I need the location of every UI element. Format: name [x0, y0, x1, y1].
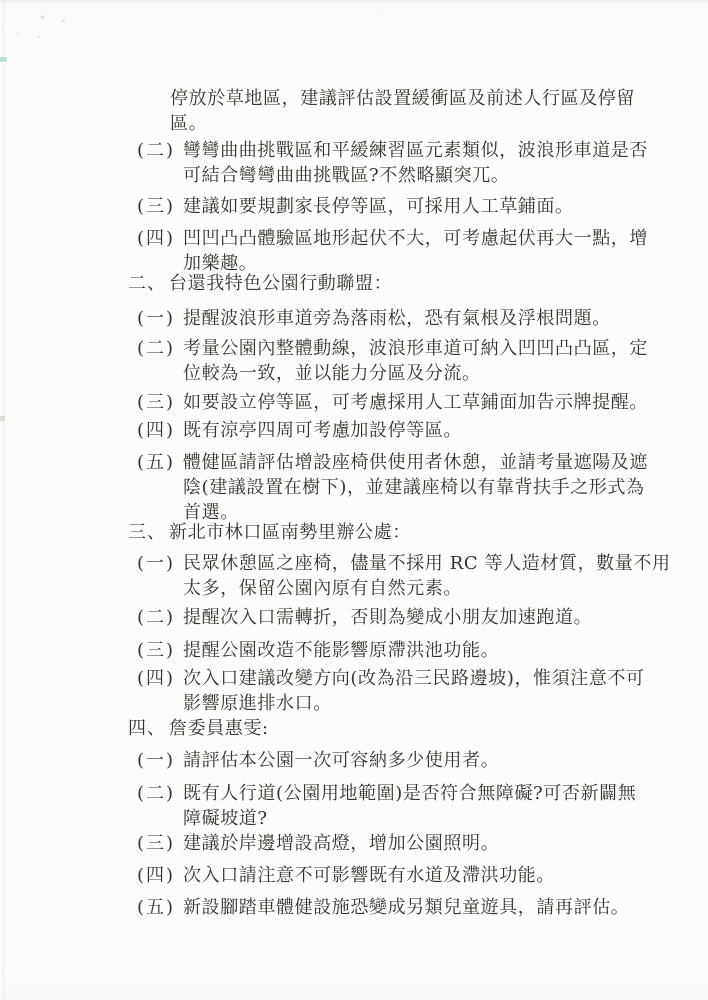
numbered-item: (二)既有人行道(公園用地範圍)是否符合無障礙?可否新闢無障礙坡道?	[137, 781, 636, 831]
scan-top-edge	[0, 0, 708, 2]
numbered-item: (四)凹凹凸凸體驗區地形起伏不大，可考慮起伏再大一點，增加樂趣。	[137, 226, 648, 276]
text-line: 考量公園內整體動線，波浪形車道可納入凹凹凸凸區，定	[183, 336, 648, 361]
text-line: 影響原進排水口。	[183, 691, 645, 716]
item-text: 如要設立停等區，可考慮採用人工草鋪面加告示牌提醒。	[183, 390, 648, 415]
item-text: 建議如要規劃家長停等區，可採用人工草鋪面。	[183, 194, 574, 219]
text-line: 太多，保留公園內原有自然元素。	[183, 576, 671, 601]
item-text: 提醒公園改造不能影響原滯洪池功能。	[183, 638, 499, 663]
numbered-item: (二)提醒次入口需轉折，否則為變成小朋友加速跑道。	[137, 605, 592, 630]
scan-speck	[38, 36, 40, 38]
text-line: 如要設立停等區，可考慮採用人工草鋪面加告示牌提醒。	[183, 390, 648, 415]
text-line: 障礙坡道?	[183, 806, 636, 831]
text-line: 次入口建議改變方向(改為沿三民路邊坡)，惟須注意不可	[183, 666, 645, 691]
item-marker: (一)	[137, 306, 175, 331]
numbered-item: (二)考量公園內整體動線，波浪形車道可納入凹凹凸凸區，定位較為一致，並以能力分區…	[137, 336, 648, 386]
item-text: 提醒波浪形車道旁為落雨松，恐有氣根及浮根問題。	[183, 306, 611, 331]
numbered-item: (三)提醒公園改造不能影響原滯洪池功能。	[137, 638, 499, 663]
text-line: 凹凹凸凸體驗區地形起伏不大，可考慮起伏再大一點，增	[183, 226, 648, 251]
numbered-item: (一)提醒波浪形車道旁為落雨松，恐有氣根及浮根問題。	[137, 306, 611, 331]
teal-pen-mark	[0, 57, 7, 62]
item-text: 請評估本公園一次可容納多少使用者。	[183, 748, 499, 773]
text-line: 建議於岸邊增設高燈，增加公園照明。	[183, 831, 499, 856]
scan-speck	[17, 33, 19, 35]
heading-number: 三、	[128, 522, 166, 543]
numbered-item: (五)新設腳踏車體健設施恐變成另類兒童遊具，請再評估。	[137, 895, 629, 920]
text-line: 新設腳踏車體健設施恐變成另類兒童遊具，請再評估。	[183, 895, 629, 920]
heading-line: 二、台還我特色公園行動聯盟：	[128, 271, 392, 296]
section-heading: 四、詹委員惠雯:	[128, 716, 269, 741]
item-marker: (二)	[137, 781, 175, 806]
item-text: 彎彎曲曲挑戰區和平緩練習區元素類似，波浪形車道是否可結合彎彎曲曲挑戰區?不然略顯…	[183, 138, 648, 188]
text-line: 請評估本公園一次可容納多少使用者。	[183, 748, 499, 773]
item-marker: (三)	[137, 638, 175, 663]
item-text: 考量公園內整體動線，波浪形車道可納入凹凹凸凸區，定位較為一致，並以能力分區及分流…	[183, 336, 648, 386]
heading-line: 四、詹委員惠雯:	[128, 716, 269, 741]
text-line: 既有涼亭四周可考慮加設停等區。	[183, 418, 462, 443]
numbered-item: (二)彎彎曲曲挑戰區和平緩練習區元素類似，波浪形車道是否可結合彎彎曲曲挑戰區?不…	[137, 138, 648, 188]
scan-edge-line	[3, 0, 4, 1000]
text-line: 建議如要規劃家長停等區，可採用人工草鋪面。	[183, 194, 574, 219]
text-line: 提醒公園改造不能影響原滯洪池功能。	[183, 638, 499, 663]
text-line: 彎彎曲曲挑戰區和平緩練習區元素類似，波浪形車道是否	[183, 138, 648, 163]
item-text: 凹凹凸凸體驗區地形起伏不大，可考慮起伏再大一點，增加樂趣。	[183, 226, 648, 276]
text-line: 停放於草地區，建議評估設置緩衝區及前述人行區及停留	[170, 86, 635, 111]
item-text: 停放於草地區，建議評估設置緩衝區及前述人行區及停留區。	[170, 86, 635, 136]
scan-speck	[40, 15, 44, 20]
item-marker: (四)	[137, 666, 175, 691]
text-line: 既有人行道(公園用地範圍)是否符合無障礙?可否新闢無	[183, 781, 636, 806]
section-heading: 二、台還我特色公園行動聯盟：	[128, 271, 392, 296]
item-marker: (四)	[137, 226, 175, 251]
item-marker: (二)	[137, 605, 175, 630]
numbered-item: (四)次入口請注意不可影響既有水道及滯洪功能。	[137, 863, 555, 888]
item-marker: (一)	[137, 748, 175, 773]
item-marker: (一)	[137, 551, 175, 576]
text-line: 提醒波浪形車道旁為落雨松，恐有氣根及浮根問題。	[183, 306, 611, 331]
heading-title: 新北市林口區南勢里辦公處：	[169, 522, 411, 543]
text-line: 可結合彎彎曲曲挑戰區?不然略顯突兀。	[183, 163, 648, 188]
item-marker: (三)	[137, 831, 175, 856]
item-marker: (四)	[137, 863, 175, 888]
text-line: 陰(建議設置在樹下)，並建議座椅以有靠背扶手之形式為	[183, 475, 648, 500]
numbered-item: (三)建議於岸邊增設高燈，增加公園照明。	[137, 831, 499, 856]
item-text: 民眾休憩區之座椅，儘量不採用 RC 等人造材質，數量不用太多，保留公園內原有自然…	[183, 551, 671, 601]
item-text: 既有涼亭四周可考慮加設停等區。	[183, 418, 462, 443]
continuation-paragraph: 停放於草地區，建議評估設置緩衝區及前述人行區及停留區。	[170, 86, 635, 136]
numbered-item: (一)民眾休憩區之座椅，儘量不採用 RC 等人造材質，數量不用太多，保留公園內原…	[137, 551, 671, 601]
heading-title: 詹委員惠雯:	[169, 718, 269, 739]
item-text: 新設腳踏車體健設施恐變成另類兒童遊具，請再評估。	[183, 895, 629, 920]
item-marker: (四)	[137, 418, 175, 443]
item-marker: (五)	[137, 895, 175, 920]
item-text: 次入口建議改變方向(改為沿三民路邊坡)，惟須注意不可影響原進排水口。	[183, 666, 645, 716]
heading-number: 二、	[128, 273, 166, 294]
text-line: 次入口請注意不可影響既有水道及滯洪功能。	[183, 863, 555, 888]
scan-speck	[62, 20, 65, 22]
item-text: 次入口請注意不可影響既有水道及滯洪功能。	[183, 863, 555, 888]
numbered-item: (四)既有涼亭四周可考慮加設停等區。	[137, 418, 462, 443]
text-line: 民眾休憩區之座椅，儘量不採用 RC 等人造材質，數量不用	[183, 551, 671, 576]
item-text: 體健區請評估增設座椅供使用者休憩，並請考量遮陽及遮陰(建議設置在樹下)，並建議座…	[183, 450, 648, 525]
text-line: 位較為一致，並以能力分區及分流。	[183, 361, 648, 386]
numbered-item: (三)建議如要規劃家長停等區，可採用人工草鋪面。	[137, 194, 574, 219]
item-text: 既有人行道(公園用地範圍)是否符合無障礙?可否新闢無障礙坡道?	[183, 781, 636, 831]
heading-line: 三、新北市林口區南勢里辦公處：	[128, 520, 411, 545]
item-marker: (二)	[137, 138, 175, 163]
heading-title: 台還我特色公園行動聯盟：	[169, 273, 392, 294]
document-page: 停放於草地區，建議評估設置緩衝區及前述人行區及停留區。(二)彎彎曲曲挑戰區和平緩…	[0, 0, 708, 1000]
item-marker: (二)	[137, 336, 175, 361]
text-line: 提醒次入口需轉折，否則為變成小朋友加速跑道。	[183, 605, 592, 630]
item-marker: (三)	[137, 194, 175, 219]
numbered-item: (五)體健區請評估增設座椅供使用者休憩，並請考量遮陽及遮陰(建議設置在樹下)，並…	[137, 450, 648, 525]
item-marker: (五)	[137, 450, 175, 475]
item-text: 建議於岸邊增設高燈，增加公園照明。	[183, 831, 499, 856]
scan-smudge	[0, 416, 5, 421]
numbered-item: (四)次入口建議改變方向(改為沿三民路邊坡)，惟須注意不可影響原進排水口。	[137, 666, 645, 716]
heading-number: 四、	[128, 718, 166, 739]
text-line: 區。	[170, 111, 635, 136]
section-heading: 三、新北市林口區南勢里辦公處：	[128, 520, 411, 545]
numbered-item: (一)請評估本公園一次可容納多少使用者。	[137, 748, 499, 773]
text-line: 體健區請評估增設座椅供使用者休憩，並請考量遮陽及遮	[183, 450, 648, 475]
numbered-item: (三)如要設立停等區，可考慮採用人工草鋪面加告示牌提醒。	[137, 390, 648, 415]
item-marker: (三)	[137, 390, 175, 415]
item-text: 提醒次入口需轉折，否則為變成小朋友加速跑道。	[183, 605, 592, 630]
